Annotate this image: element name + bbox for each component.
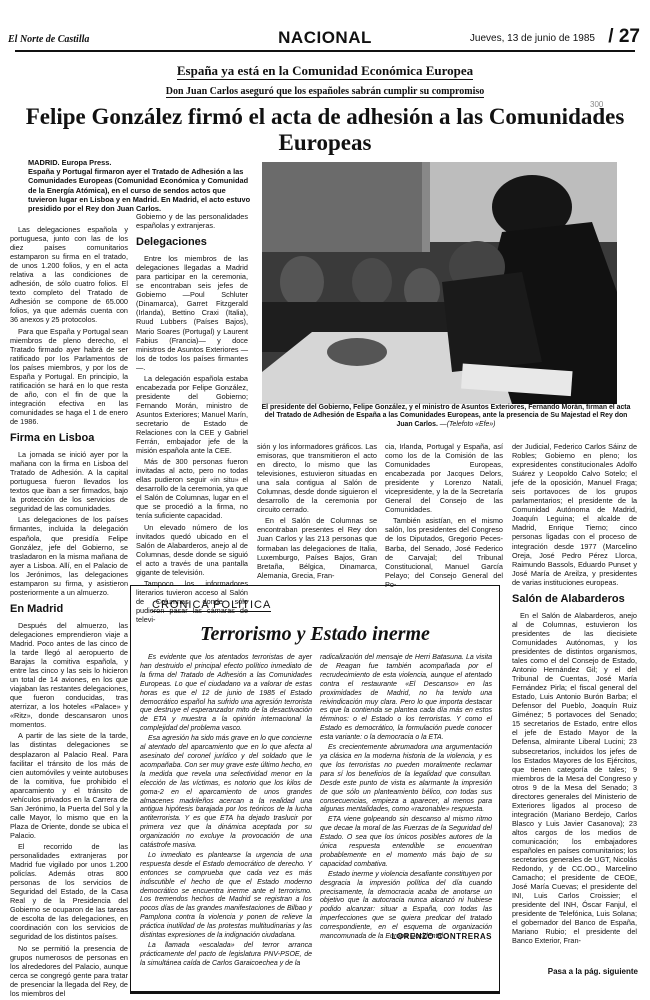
paragraph: Entre los miembros de las delegaciones l… bbox=[136, 254, 248, 372]
paragraph: Es crecientemente abrumadora una argumen… bbox=[320, 744, 492, 815]
photo-illustration-icon bbox=[262, 162, 617, 404]
opinion-section-text: CRONICA POLITICA bbox=[152, 599, 271, 612]
paragraph: Después del almuerzo, las delegaciones e… bbox=[10, 621, 128, 730]
opinion-author: LORENZO CONTRERAS bbox=[320, 932, 492, 941]
article-column-1: Las delegaciones española y portuguesa, … bbox=[10, 225, 128, 1000]
paragraph: También asistían, en el mismo salón, los… bbox=[385, 516, 503, 588]
paragraph: sión y los informadores gráficos. Las em… bbox=[257, 442, 377, 514]
dateline: MADRID. Europa Press. bbox=[28, 158, 253, 167]
paragraph: der Judicial, Federico Carlos Sáinz de R… bbox=[512, 442, 637, 587]
paragraph: En el Salón de Alabarderos, anejo al de … bbox=[512, 611, 637, 946]
lead-text: España y Portugal firmaron ayer el Trata… bbox=[28, 167, 250, 213]
paragraph: Más de 300 personas fueron invitadas al … bbox=[136, 457, 248, 520]
paragraph: ETA viene golpeando sin descanso al mism… bbox=[320, 816, 492, 869]
paragraph: A partir de las siete de la tarde, las d… bbox=[10, 731, 128, 840]
continued-next-page: Pasa a la pág. siguiente bbox=[548, 967, 638, 976]
photo-caption: El presidente del Gobierno, Felipe Gonzá… bbox=[257, 404, 635, 429]
article-column-4: cia, Irlanda, Portugal y España, así com… bbox=[385, 442, 503, 591]
subhead-delegaciones: Delegaciones bbox=[136, 238, 248, 247]
paragraph: Gobierno y de las personalidades español… bbox=[136, 212, 248, 230]
kicker: España ya está en la Comunidad Económica… bbox=[0, 63, 650, 79]
issue-date: Jueves, 13 de junio de 1985 bbox=[470, 33, 595, 44]
paragraph: Para que España y Portugal sean miembros… bbox=[10, 327, 128, 427]
paragraph: No se permitió la presencia de grupos nu… bbox=[10, 944, 128, 998]
article-column-5: der Judicial, Federico Carlos Sáinz de R… bbox=[512, 442, 637, 948]
subhead-alabarderos: Salón de Alabarderos bbox=[512, 595, 637, 604]
paragraph: La delegación española estaba encabezada… bbox=[136, 374, 248, 455]
signing-ceremony-photo bbox=[262, 162, 617, 404]
paragraph: El recorrido de las personalidades extra… bbox=[10, 842, 128, 942]
article-column-3: sión y los informadores gráficos. Las em… bbox=[257, 442, 377, 582]
paragraph: Es evidente que los atentados terrorista… bbox=[140, 654, 312, 734]
page-number: / 27 bbox=[608, 26, 640, 48]
opinion-section-label: CRONICA POLITICA bbox=[152, 599, 271, 611]
paragraph: Un elevado número de los invitados quedó… bbox=[136, 523, 248, 577]
paragraph: Las delegaciones de los países firmantes… bbox=[10, 515, 128, 596]
subhead-lisboa: Firma en Lisboa bbox=[10, 434, 128, 443]
paragraph: En el Salón de Columnas se encontraban p… bbox=[257, 516, 377, 579]
kicker-text: España ya está en la Comunidad Económica… bbox=[177, 63, 473, 80]
paragraph: La llamada «escalada» del terror arranca… bbox=[140, 942, 312, 969]
photo-credit: —(Telefoto «Efe») bbox=[440, 421, 496, 428]
subhead-madrid: En Madrid bbox=[10, 605, 128, 614]
paragraph: radicalización del mensaje de Herri Bata… bbox=[320, 654, 492, 743]
opinion-column-2: radicalización del mensaje de Herri Bata… bbox=[320, 654, 492, 943]
opinion-column-1: Es evidente que los atentados terrorista… bbox=[140, 654, 312, 970]
paragraph: cia, Irlanda, Portugal y España, así com… bbox=[385, 442, 503, 514]
subkicker-text: Don Juan Carlos aseguró que los españole… bbox=[166, 86, 485, 98]
masthead-rule bbox=[15, 50, 635, 52]
paragraph: Lo inmediato es plantearse la urgencia d… bbox=[140, 852, 312, 941]
opinion-title: Terrorismo y Estado inerme bbox=[130, 623, 500, 646]
lead-paragraph: MADRID. Europa Press. España y Portugal … bbox=[28, 158, 253, 213]
paragraph: Las delegaciones española y portuguesa, … bbox=[10, 225, 128, 325]
headline: Felipe González firmó el acta de adhesió… bbox=[0, 104, 650, 156]
paragraph: Esa agresión ha sido más grave en lo que… bbox=[140, 735, 312, 851]
subkicker: Don Juan Carlos aseguró que los españole… bbox=[0, 86, 650, 97]
paragraph: La jornada se inició ayer por la mañana … bbox=[10, 450, 128, 513]
article-column-2: Gobierno y de las personalidades español… bbox=[136, 212, 248, 626]
